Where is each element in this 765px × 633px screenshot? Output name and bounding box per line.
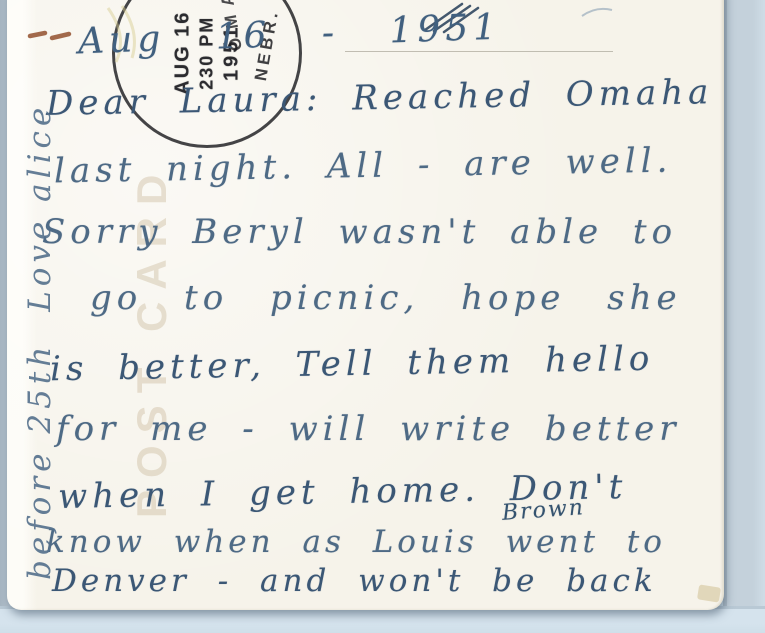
margin-note-text: before 25th [22,342,58,580]
scanned-postcard-screenshot: { "postmark": { "city": "OMAHA", "date":… [0,0,765,633]
vertical-margin-writing: before 25thLove alice [22,103,58,580]
scan-background-bottom-strip [0,606,765,633]
scan-background-right-strip [723,0,765,633]
handwritten-line: Sorry Beryl wasn't able to [42,212,677,252]
handwritten-line: know when as Louis went to [46,524,666,560]
handwritten-line: Denver - and won't be back [52,563,657,599]
signature-text: Love alice [22,103,58,312]
worn-corner-mark [697,584,721,602]
handwritten-line: for me - will write better [56,409,681,449]
handwritten-line: go to picnic, hope she [90,278,682,318]
